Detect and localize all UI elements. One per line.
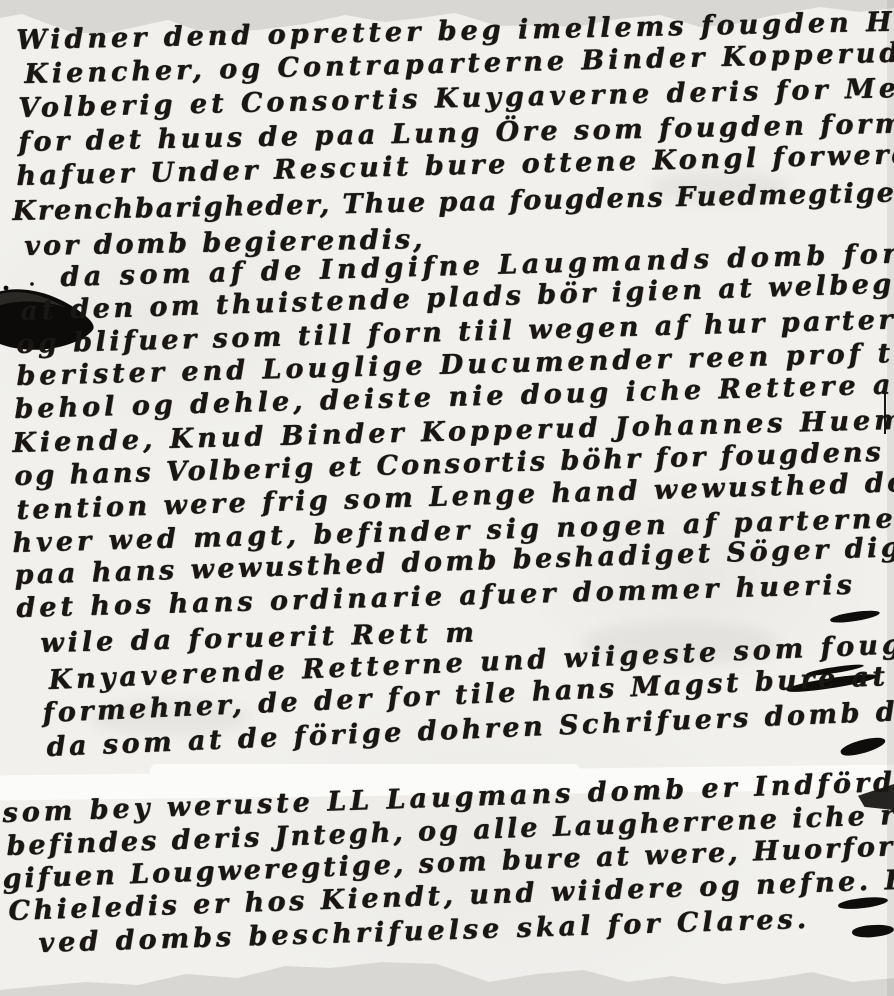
ink-dash — [839, 734, 887, 759]
page-seam-highlight — [150, 764, 580, 778]
ink-dash — [830, 608, 881, 625]
scan-edge-bottom — [0, 952, 894, 996]
manuscript-page: Widner dend opretter beg imellems fougde… — [0, 0, 894, 996]
